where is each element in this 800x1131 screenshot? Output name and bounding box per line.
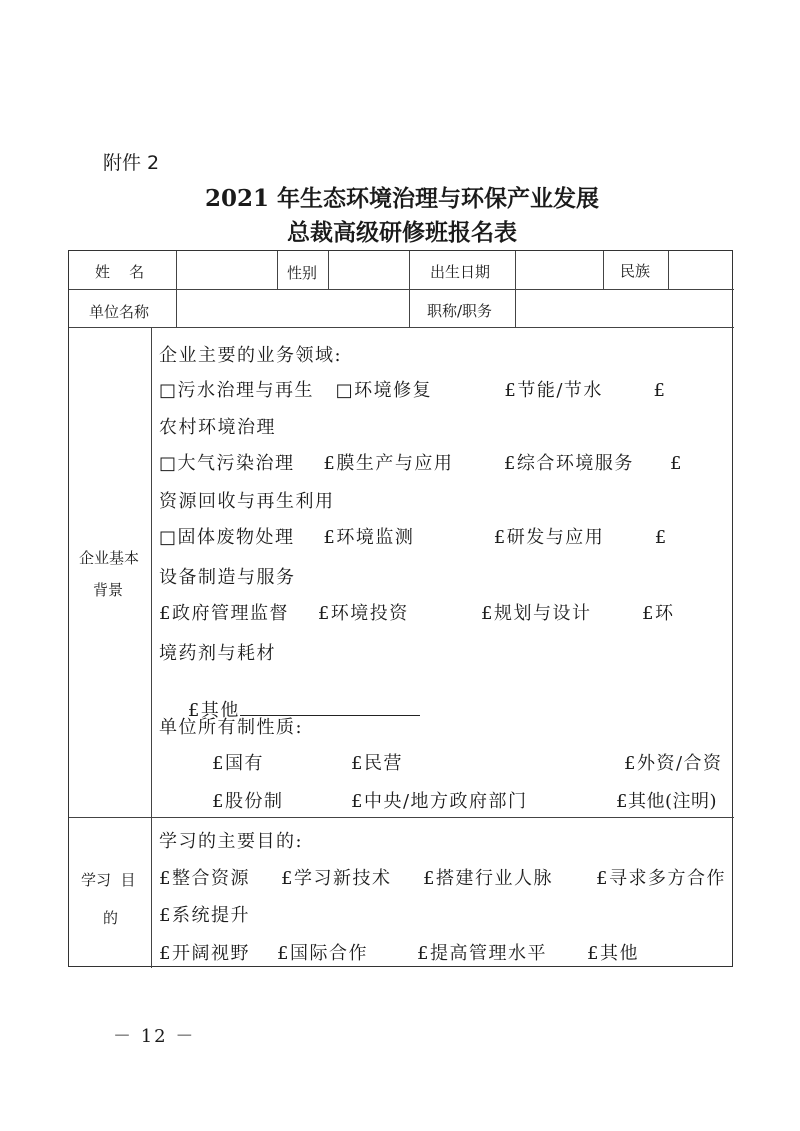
gender-field[interactable] <box>329 252 408 288</box>
registration-form-table: 姓 名 性别 出生日期 民族 单位名称 职称/职务 企业基本 背景 企业主要的业… <box>68 250 733 967</box>
ownership-heading: 单位所有制性质: <box>159 713 303 739</box>
ownership-option-private[interactable]: £民营 <box>351 749 403 775</box>
business-area-options[interactable]: 境药剂与耗材 <box>159 639 276 665</box>
purpose-option-tech[interactable]: £学习新技术 <box>281 864 391 890</box>
ownership-option-joint-stock[interactable]: £股份制 <box>212 787 283 813</box>
birth-date-label: 出生日期 <box>430 261 490 282</box>
form-title-line2: 总裁高级研修班报名表 <box>2 214 800 247</box>
ownership-option-foreign[interactable]: £外资/合资 <box>624 749 723 775</box>
purpose-option-other[interactable]: £其他 <box>587 939 639 965</box>
form-title-line1: 2021 年生态环境治理与环保产业发展 <box>2 180 800 213</box>
purpose-section-label: 学习 目 <box>81 869 136 890</box>
business-area-options[interactable]: 设备制造与服务 <box>159 563 296 589</box>
purpose-option-cooperation[interactable]: £寻求多方合作 <box>596 864 726 890</box>
business-area-options[interactable]: 资源回收与再生利用 <box>159 487 335 513</box>
name-field[interactable] <box>177 252 276 288</box>
row-divider <box>69 327 734 328</box>
birth-date-field[interactable] <box>516 252 602 288</box>
ownership-option-state[interactable]: £国有 <box>212 749 264 775</box>
col-divider <box>151 327 152 968</box>
organization-label: 单位名称 <box>89 301 149 322</box>
purpose-option-horizons[interactable]: £开阔视野 <box>159 939 250 965</box>
ownership-option-other[interactable]: £其他(注明) <box>616 787 717 813</box>
row-divider <box>69 817 734 818</box>
organization-field[interactable] <box>177 290 408 326</box>
ownership-option-government[interactable]: £中央/地方政府部门 <box>351 787 528 813</box>
business-area-options[interactable]: □固体废物处理 £环境监测 £研发与应用 £ <box>159 523 668 549</box>
ethnicity-label: 民族 <box>620 260 650 281</box>
gender-label: 性别 <box>287 262 317 283</box>
attachment-label: 附件 2 <box>103 148 159 175</box>
col-divider <box>603 251 604 289</box>
job-title-label: 职称/职务 <box>427 300 492 321</box>
ethnicity-field[interactable] <box>669 252 731 288</box>
background-section-label-2: 背景 <box>93 579 123 600</box>
purpose-option-international[interactable]: £国际合作 <box>277 939 368 965</box>
job-title-field[interactable] <box>516 290 731 326</box>
business-area-options[interactable]: □大气污染治理 £膜生产与应用 £综合环境服务 £ <box>159 449 683 475</box>
business-area-options[interactable]: □污水治理与再生 □环境修复 £节能/节水 £ <box>159 376 666 402</box>
col-divider <box>277 251 278 289</box>
purpose-section-label-2: 的 <box>103 907 118 928</box>
purpose-option-network[interactable]: £搭建行业人脉 <box>423 864 553 890</box>
name-label: 姓 名 <box>95 261 144 282</box>
page-number: － 12 － <box>113 1022 195 1048</box>
business-area-heading: 企业主要的业务领域: <box>159 341 342 367</box>
business-area-options[interactable]: 农村环境治理 <box>159 413 276 439</box>
purpose-heading: 学习的主要目的: <box>159 827 303 853</box>
background-section-label: 企业基本 <box>79 547 139 568</box>
business-area-options[interactable]: £政府管理监督 £环境投资 £规划与设计 £环 <box>159 599 674 625</box>
col-divider <box>409 251 410 327</box>
purpose-option-integrate[interactable]: £整合资源 <box>159 864 250 890</box>
purpose-option-improve[interactable]: £系统提升 <box>159 901 250 927</box>
purpose-option-management[interactable]: £提高管理水平 <box>417 939 547 965</box>
